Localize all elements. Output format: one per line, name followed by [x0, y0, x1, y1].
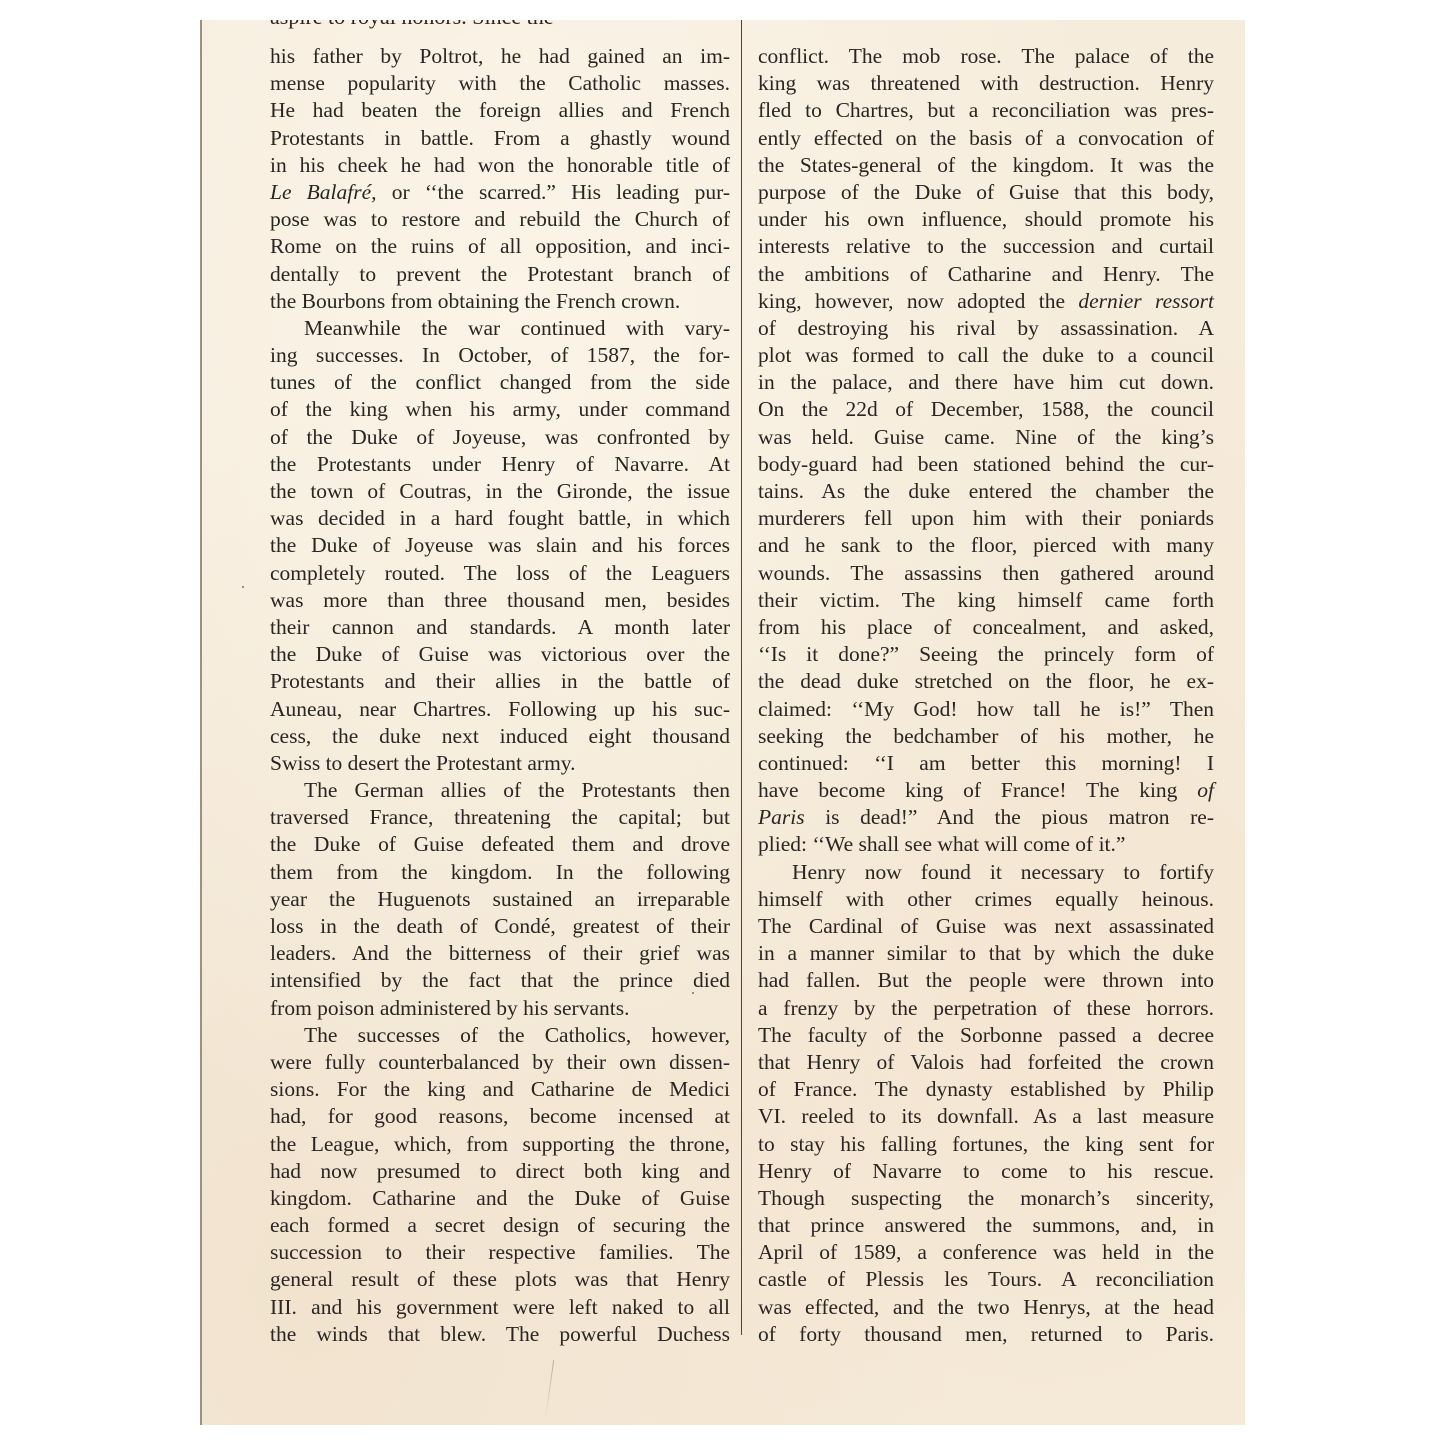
text-line: dentally to prevent the Protestant branc… [270, 261, 730, 288]
column-divider-rule [741, 20, 742, 1335]
text-line: cess, the duke next induced eight thousa… [270, 723, 730, 750]
italic-phrase: Paris [758, 805, 805, 829]
text-line: wounds. The assassins then gathered arou… [758, 560, 1214, 587]
text-line: his father by Poltrot, he had gained an … [270, 43, 730, 70]
text-line: Rome on the ruins of all opposition, and… [270, 233, 730, 260]
text-line: of the king when his army, under command [270, 396, 730, 423]
text-line: in the palace, and there have him cut do… [758, 369, 1214, 396]
line-text: under his own influence, should promote … [758, 207, 1214, 231]
line-text: dentally to prevent the Protestant branc… [270, 262, 730, 286]
text-line: the ambitions of Catharine and Henry. Th… [758, 261, 1214, 288]
text-line: in a manner similar to that by which the… [758, 940, 1214, 967]
text-line: Though suspecting the monarch’s sincerit… [758, 1185, 1214, 1212]
line-text: is dead!” And the pious matron re- [805, 805, 1214, 829]
line-text: to stay his falling fortunes, the king s… [758, 1132, 1214, 1156]
text-line: continued: ‘‘I am better this morning! I [758, 750, 1214, 777]
line-text: loss in the death of Condé, greatest of … [270, 914, 730, 938]
text-line: VI. reeled to its downfall. As a last me… [758, 1103, 1214, 1130]
line-text: the League, which, from supporting the t… [270, 1132, 730, 1156]
line-text: On the 22d of December, 1588, the counci… [758, 397, 1214, 421]
line-text: Rome on the ruins of all opposition, and… [270, 234, 730, 258]
text-line: was held. Guise came. Nine of the king’s [758, 424, 1214, 451]
line-text: The Cardinal of Guise was next assassina… [758, 914, 1214, 938]
line-text: general result of these plots was that H… [270, 1267, 730, 1291]
text-line: Protestants in battle. From a ghastly wo… [270, 125, 730, 152]
text-line: The Cardinal of Guise was next assassina… [758, 913, 1214, 940]
line-text: claimed: ‘‘My God! how tall he is!” Then [758, 697, 1214, 721]
paper-speck [242, 586, 244, 588]
line-text: the town of Coutras, in the Gironde, the… [270, 479, 730, 503]
text-line: sions. For the king and Catharine de Med… [270, 1076, 730, 1103]
line-text: tains. As the duke entered the chamber t… [758, 479, 1214, 503]
italic-phrase: dernier ressort [1078, 289, 1214, 313]
text-line: had now presumed to direct both king and [270, 1158, 730, 1185]
text-line: He had beaten the foreign allies and Fre… [270, 97, 730, 124]
text-line: of the Duke of Joyeuse, was confronted b… [270, 424, 730, 451]
line-text: completely routed. The loss of the Leagu… [270, 561, 730, 585]
line-text: or ‘‘the scarred.” His leading pur- [377, 180, 730, 204]
line-text: Protestants and their allies in the batt… [270, 669, 730, 693]
line-text: cess, the duke next induced eight thousa… [270, 724, 730, 748]
line-text: of the Duke of Joyeuse, was confronted b… [270, 425, 730, 449]
line-text: himself with other crimes equally heinou… [758, 887, 1214, 911]
line-text: from poison administered by his servants… [270, 996, 629, 1020]
line-text: murderers fell upon him with their ponia… [758, 506, 1214, 530]
line-text: conflict. The mob rose. The palace of th… [758, 44, 1214, 68]
text-line: that Henry of Valois had forfeited the c… [758, 1049, 1214, 1076]
line-text: had fallen. But the people were thrown i… [758, 968, 1214, 992]
line-text: king was threatened with destruction. He… [758, 71, 1214, 95]
line-text: mense popularity with the Catholic masse… [270, 71, 730, 95]
text-line: traversed France, threatening the capita… [270, 804, 730, 831]
line-text: leaders. And the bitterness of their gri… [270, 941, 730, 965]
text-line: body-guard had been stationed behind the… [758, 451, 1214, 478]
text-line: had fallen. But the people were thrown i… [758, 967, 1214, 994]
scanned-page: aspire to royal honors. Since the his fa… [200, 20, 1245, 1425]
text-line: tains. As the duke entered the chamber t… [758, 478, 1214, 505]
text-line: the town of Coutras, in the Gironde, the… [270, 478, 730, 505]
line-text: ing successes. In October, of 1587, the … [270, 343, 730, 367]
text-line: intensified by the fact that the prince … [270, 967, 730, 994]
line-text: Meanwhile the war continued with vary- [304, 316, 730, 340]
text-line: Henry now found it necessary to fortify [758, 859, 1214, 886]
line-text: He had beaten the foreign allies and Fre… [270, 98, 730, 122]
text-line: the dead duke stretched on the floor, he… [758, 668, 1214, 695]
text-line: seeking the bedchamber of his mother, he [758, 723, 1214, 750]
line-text: interests relative to the succession and… [758, 234, 1214, 258]
text-line: the Bourbons from obtaining the French c… [270, 288, 730, 315]
line-text: a frenzy by the perpetration of these ho… [758, 996, 1214, 1020]
line-text: was decided in a hard fought battle, in … [270, 506, 730, 530]
text-line: that prince answered the summons, and, i… [758, 1212, 1214, 1239]
text-line: April of 1589, a conference was held in … [758, 1239, 1214, 1266]
text-line: claimed: ‘‘My God! how tall he is!” Then [758, 696, 1214, 723]
text-line: fled to Chartres, but a reconciliation w… [758, 97, 1214, 124]
line-text: the States-general of the kingdom. It wa… [758, 153, 1214, 177]
italic-phrase: of [1197, 778, 1214, 802]
text-line: The faculty of the Sorbonne passed a dec… [758, 1022, 1214, 1049]
text-line: The successes of the Catholics, however, [270, 1022, 730, 1049]
text-line: Auneau, near Chartres. Following up his … [270, 696, 730, 723]
line-text: Protestants in battle. From a ghastly wo… [270, 126, 730, 150]
text-line: was effected, and the two Henrys, at the… [758, 1294, 1214, 1321]
text-line: completely routed. The loss of the Leagu… [270, 560, 730, 587]
text-line: Meanwhile the war continued with vary- [270, 315, 730, 342]
line-text: castle of Plessis les Tours. A reconcili… [758, 1267, 1214, 1291]
text-line: ‘‘Is it done?” Seeing the princely form … [758, 641, 1214, 668]
line-text: ently effected on the basis of a convoca… [758, 126, 1214, 150]
line-text: Swiss to desert the Protestant army. [270, 751, 576, 775]
clipped-top-text: aspire to royal honors. Since the [270, 20, 740, 28]
line-text: year the Huguenots sustained an irrepara… [270, 887, 730, 911]
text-line: plot was formed to call the duke to a co… [758, 342, 1214, 369]
text-line: the Duke of Joyeuse was slain and his fo… [270, 532, 730, 559]
text-line: Swiss to desert the Protestant army. [270, 750, 730, 777]
line-text: Though suspecting the monarch’s sincerit… [758, 1186, 1214, 1210]
line-text: succession to their respective families.… [270, 1240, 730, 1264]
text-line: himself with other crimes equally heinou… [758, 886, 1214, 913]
text-line: loss in the death of Condé, greatest of … [270, 913, 730, 940]
line-text: sions. For the king and Catharine de Med… [270, 1077, 730, 1101]
line-text: the dead duke stretched on the floor, he… [758, 669, 1214, 693]
text-line: the Duke of Guise defeated them and drov… [270, 831, 730, 858]
line-text: their cannon and standards. A month late… [270, 615, 730, 639]
line-text: the Protestants under Henry of Navarre. … [270, 452, 730, 476]
text-line: and he sank to the floor, pierced with m… [758, 532, 1214, 559]
line-text: continued: ‘‘I am better this morning! I [758, 751, 1214, 775]
line-text: tunes of the conflict changed from the s… [270, 370, 730, 394]
line-text: the ambitions of Catharine and Henry. Th… [758, 262, 1214, 286]
text-line: from poison administered by his servants… [270, 995, 730, 1022]
paper-speck [692, 992, 694, 994]
line-text: that prince answered the summons, and, i… [758, 1213, 1214, 1237]
line-text: have become king of France! The king [758, 778, 1197, 802]
text-line: Henry of Navarre to come to his rescue. [758, 1158, 1214, 1185]
text-line: to stay his falling fortunes, the king s… [758, 1131, 1214, 1158]
line-text: in the palace, and there have him cut do… [758, 370, 1214, 394]
text-line: the States-general of the kingdom. It wa… [758, 152, 1214, 179]
line-text: the Duke of Guise was victorious over th… [270, 642, 730, 666]
text-line: had, for good reasons, become incensed a… [270, 1103, 730, 1130]
line-text: was more than three thousand men, beside… [270, 588, 730, 612]
line-text: kingdom. Catharine and the Duke of Guise [270, 1186, 730, 1210]
line-text: that Henry of Valois had forfeited the c… [758, 1050, 1214, 1074]
right-text-column: conflict. The mob rose. The palace of th… [758, 43, 1214, 1348]
italic-phrase: Le Balafré, [270, 180, 377, 204]
line-text: the winds that blew. The powerful Duches… [270, 1322, 730, 1346]
line-text: the Bourbons from obtaining the French c… [270, 289, 680, 313]
line-text: the Duke of Joyeuse was slain and his fo… [270, 533, 730, 557]
line-text: was held. Guise came. Nine of the king’s [758, 425, 1214, 449]
text-line: their victim. The king himself came fort… [758, 587, 1214, 614]
line-text: their victim. The king himself came fort… [758, 588, 1214, 612]
line-text: body-guard had been stationed behind the… [758, 452, 1214, 476]
line-text: in his cheek he had won the honorable ti… [270, 153, 730, 177]
line-text: was effected, and the two Henrys, at the… [758, 1295, 1214, 1319]
text-line: have become king of France! The king of [758, 777, 1214, 804]
line-text: April of 1589, a conference was held in … [758, 1240, 1214, 1264]
line-text: and he sank to the floor, pierced with m… [758, 533, 1214, 557]
line-text: plied: ‘‘We shall see what will come of … [758, 832, 1125, 856]
line-text: Henry now found it necessary to fortify [792, 860, 1214, 884]
text-line: their cannon and standards. A month late… [270, 614, 730, 641]
line-text: plot was formed to call the duke to a co… [758, 343, 1214, 367]
line-text: each formed a secret design of securing … [270, 1213, 730, 1237]
text-line: was decided in a hard fought battle, in … [270, 505, 730, 532]
text-line: the League, which, from supporting the t… [270, 1131, 730, 1158]
line-text: VI. reeled to its downfall. As a last me… [758, 1104, 1214, 1128]
line-text: intensified by the fact that the prince … [270, 968, 730, 992]
text-line: the Duke of Guise was victorious over th… [270, 641, 730, 668]
line-text: Auneau, near Chartres. Following up his … [270, 697, 730, 721]
text-line: On the 22d of December, 1588, the counci… [758, 396, 1214, 423]
text-line: III. and his government were left naked … [270, 1294, 730, 1321]
text-line: the Protestants under Henry of Navarre. … [270, 451, 730, 478]
text-line: general result of these plots was that H… [270, 1266, 730, 1293]
line-text: of forty thousand men, returned to Paris… [758, 1322, 1214, 1346]
left-text-column: his father by Poltrot, he had gained an … [270, 43, 730, 1348]
line-text: had now presumed to direct both king and [270, 1159, 730, 1183]
text-line: was more than three thousand men, beside… [270, 587, 730, 614]
text-line: were fully counterbalanced by their own … [270, 1049, 730, 1076]
line-text: had, for good reasons, become incensed a… [270, 1104, 730, 1128]
text-line: ing successes. In October, of 1587, the … [270, 342, 730, 369]
line-text: from his place of concealment, and asked… [758, 615, 1214, 639]
text-line: pose was to restore and rebuild the Chur… [270, 206, 730, 233]
text-line: each formed a secret design of securing … [270, 1212, 730, 1239]
line-text: The successes of the Catholics, however, [304, 1023, 730, 1047]
line-text: them from the kingdom. In the following [270, 860, 730, 884]
line-text: traversed France, threatening the capita… [270, 805, 730, 829]
text-line: Paris is dead!” And the pious matron re- [758, 804, 1214, 831]
text-line: the winds that blew. The powerful Duches… [270, 1321, 730, 1348]
text-line: in his cheek he had won the honorable ti… [270, 152, 730, 179]
text-line: king, however, now adopted the dernier r… [758, 288, 1214, 315]
line-text: seeking the bedchamber of his mother, he [758, 724, 1214, 748]
text-line: plied: ‘‘We shall see what will come of … [758, 831, 1214, 858]
text-line: Protestants and their allies in the batt… [270, 668, 730, 695]
line-text: were fully counterbalanced by their own … [270, 1050, 730, 1074]
line-text: his father by Poltrot, he had gained an … [270, 44, 730, 68]
text-line: The German allies of the Protestants the… [270, 777, 730, 804]
text-line: under his own influence, should promote … [758, 206, 1214, 233]
text-line: them from the kingdom. In the following [270, 859, 730, 886]
text-line: of destroying his rival by assassination… [758, 315, 1214, 342]
text-line: conflict. The mob rose. The palace of th… [758, 43, 1214, 70]
line-text: king, however, now adopted the [758, 289, 1078, 313]
text-line: murderers fell upon him with their ponia… [758, 505, 1214, 532]
text-line: interests relative to the succession and… [758, 233, 1214, 260]
text-line: of forty thousand men, returned to Paris… [758, 1321, 1214, 1348]
text-line: purpose of the Duke of Guise that this b… [758, 179, 1214, 206]
line-text: the Duke of Guise defeated them and drov… [270, 832, 730, 856]
line-text: of France. The dynasty established by Ph… [758, 1077, 1214, 1101]
text-line: Le Balafré, or ‘‘the scarred.” His leadi… [270, 179, 730, 206]
line-text: ‘‘Is it done?” Seeing the princely form … [758, 642, 1214, 666]
text-line: kingdom. Catharine and the Duke of Guise [270, 1185, 730, 1212]
paper-crease-mark [545, 1360, 554, 1420]
clipped-top-line: aspire to royal honors. Since the [270, 20, 740, 30]
text-line: from his place of concealment, and asked… [758, 614, 1214, 641]
line-text: in a manner similar to that by which the… [758, 941, 1214, 965]
line-text: fled to Chartres, but a reconciliation w… [758, 98, 1214, 122]
text-line: year the Huguenots sustained an irrepara… [270, 886, 730, 913]
text-line: ently effected on the basis of a convoca… [758, 125, 1214, 152]
line-text: purpose of the Duke of Guise that this b… [758, 180, 1214, 204]
text-line: a frenzy by the perpetration of these ho… [758, 995, 1214, 1022]
text-line: mense popularity with the Catholic masse… [270, 70, 730, 97]
text-line: leaders. And the bitterness of their gri… [270, 940, 730, 967]
text-line: castle of Plessis les Tours. A reconcili… [758, 1266, 1214, 1293]
line-text: III. and his government were left naked … [270, 1295, 730, 1319]
line-text: The German allies of the Protestants the… [304, 778, 730, 802]
line-text: of destroying his rival by assassination… [758, 316, 1214, 340]
text-line: king was threatened with destruction. He… [758, 70, 1214, 97]
line-text: of the king when his army, under command [270, 397, 730, 421]
text-line: succession to their respective families.… [270, 1239, 730, 1266]
line-text: pose was to restore and rebuild the Chur… [270, 207, 730, 231]
text-line: of France. The dynasty established by Ph… [758, 1076, 1214, 1103]
line-text: wounds. The assassins then gathered arou… [758, 561, 1214, 585]
text-line: tunes of the conflict changed from the s… [270, 369, 730, 396]
line-text: Henry of Navarre to come to his rescue. [758, 1159, 1214, 1183]
line-text: The faculty of the Sorbonne passed a dec… [758, 1023, 1214, 1047]
